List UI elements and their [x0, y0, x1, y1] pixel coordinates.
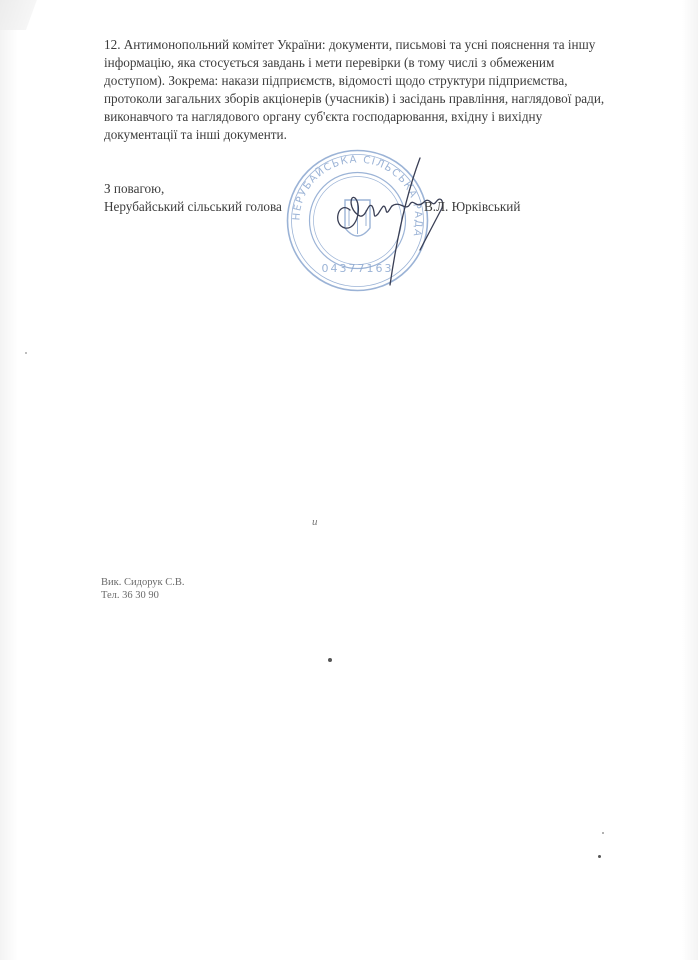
paragraph-12: 12. Антимонопольний комітет України: док… — [104, 36, 644, 144]
paragraph-line: інформацію, яка стосується завдань і мет… — [104, 54, 644, 72]
scan-speck — [602, 832, 604, 834]
signer-position: Нерубайський сільський голова — [104, 198, 282, 216]
paragraph-line: доступом). Зокрема: накази підприємств, … — [104, 72, 644, 90]
paragraph-line: 12. Антимонопольний комітет України: док… — [104, 36, 644, 54]
paragraph-line: документації та інші документи. — [104, 126, 644, 144]
document-page: 12. Антимонопольний комітет України: док… — [0, 0, 698, 960]
executor-phone: Тел. 36 30 90 — [101, 589, 185, 602]
executor-block: Вик. Сидорук С.В. Тел. 36 30 90 — [101, 576, 185, 602]
signature-icon — [320, 150, 480, 290]
scan-speck — [598, 855, 601, 858]
stray-handwritten-mark: и — [312, 516, 318, 528]
page-fold-shadow — [0, 0, 50, 30]
salutation: З повагою, — [104, 180, 282, 198]
scan-speck — [328, 658, 332, 662]
signer-name: В.Л. Юрківський — [424, 198, 520, 216]
paragraph-line: виконавчого та наглядового органу суб'єк… — [104, 108, 644, 126]
paragraph-line: протоколи загальних зборів акціонерів (у… — [104, 90, 644, 108]
executor-name: Вик. Сидорук С.В. — [101, 576, 185, 589]
scan-speck — [25, 352, 27, 354]
closing-block: З повагою, Нерубайський сільський голова — [104, 180, 282, 216]
